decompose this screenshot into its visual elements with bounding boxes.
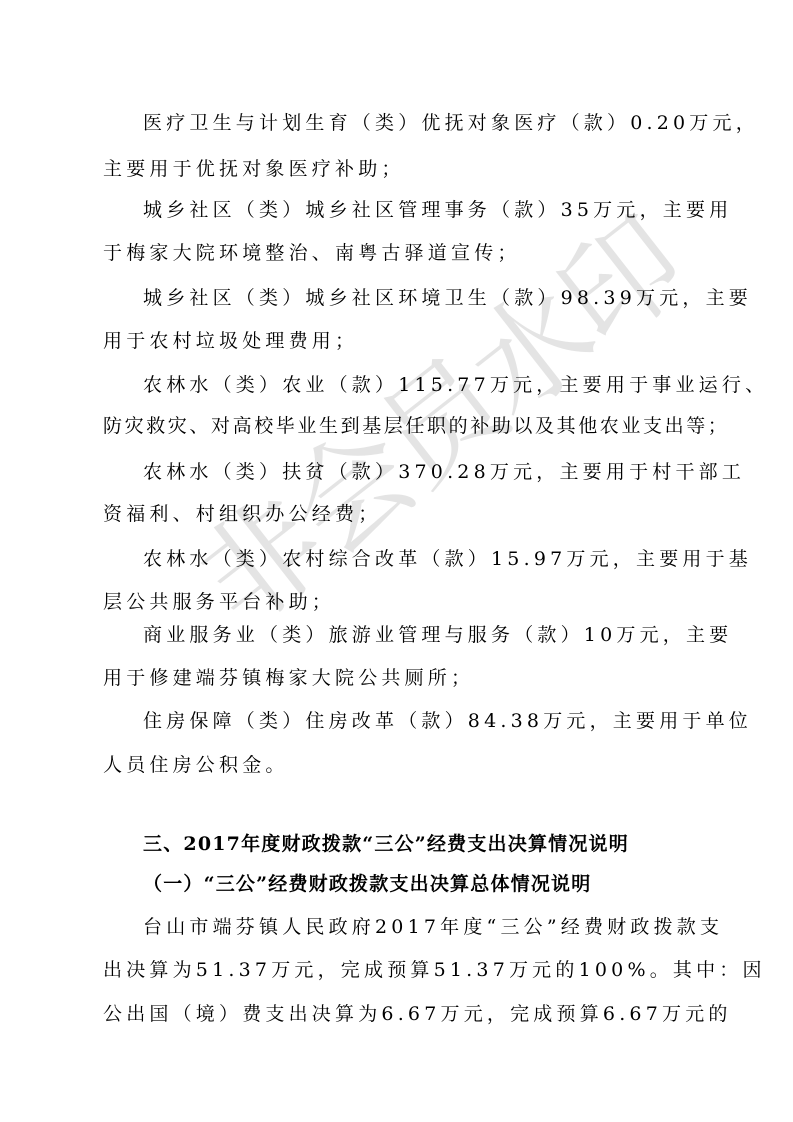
- paragraph-6-line-1: 农林水（类）农村综合改革（款）15.97万元，主要用于基: [143, 547, 743, 571]
- paragraph-6-line-2: 层公共服务平台补助；: [103, 590, 703, 614]
- document-page: 医疗卫生与计划生育（类）优抚对象医疗（款）0.20万元， 主要用于优抚对象医疗补…: [0, 0, 793, 1122]
- paragraph-8-line-2: 人员住房公积金。: [103, 753, 703, 777]
- paragraph-7-line-1: 商业服务业（类）旅游业管理与服务（款）10万元，主要: [143, 623, 743, 647]
- paragraph-2-line-2: 于梅家大院环境整治、南粤古驿道宣传；: [103, 241, 703, 265]
- summary-line-2: 出决算为51.37万元，完成预算51.37万元的100%。其中：因: [103, 958, 703, 982]
- paragraph-4-line-2: 防灾救灾、对高校毕业生到基层任职的补助以及其他农业支出等；: [103, 414, 703, 438]
- paragraph-7-line-2: 用于修建端芬镇梅家大院公共厕所；: [103, 666, 703, 690]
- paragraph-5-line-1: 农林水（类）扶贫（款）370.28万元，主要用于村干部工: [143, 460, 743, 484]
- paragraph-5-line-2: 资福利、村组织办公经费；: [103, 502, 703, 526]
- subsection-heading: （一）“三公”经费财政拨款支出决算总体情况说明: [143, 872, 743, 896]
- summary-line-1: 台山市端芬镇人民政府2017年度“三公”经费财政拨款支: [143, 915, 743, 939]
- paragraph-3-line-1: 城乡社区（类）城乡社区环境卫生（款）98.39万元，主要: [143, 286, 743, 310]
- paragraph-3-line-2: 用于农村垃圾处理费用；: [103, 329, 703, 353]
- paragraph-1-line-1: 医疗卫生与计划生育（类）优抚对象医疗（款）0.20万元，: [143, 111, 743, 135]
- section-heading: 三、2017年度财政拨款“三公”经费支出决算情况说明: [143, 832, 743, 856]
- paragraph-2-line-1: 城乡社区（类）城乡社区管理事务（款）35万元，主要用: [143, 198, 743, 222]
- paragraph-4-line-1: 农林水（类）农业（款）115.77万元，主要用于事业运行、: [143, 373, 743, 397]
- paragraph-8-line-1: 住房保障（类）住房改革（款）84.38万元，主要用于单位: [143, 709, 743, 733]
- paragraph-1-line-2: 主要用于优抚对象医疗补助；: [103, 157, 703, 181]
- summary-line-3: 公出国（境）费支出决算为6.67万元，完成预算6.67万元的: [103, 1002, 703, 1026]
